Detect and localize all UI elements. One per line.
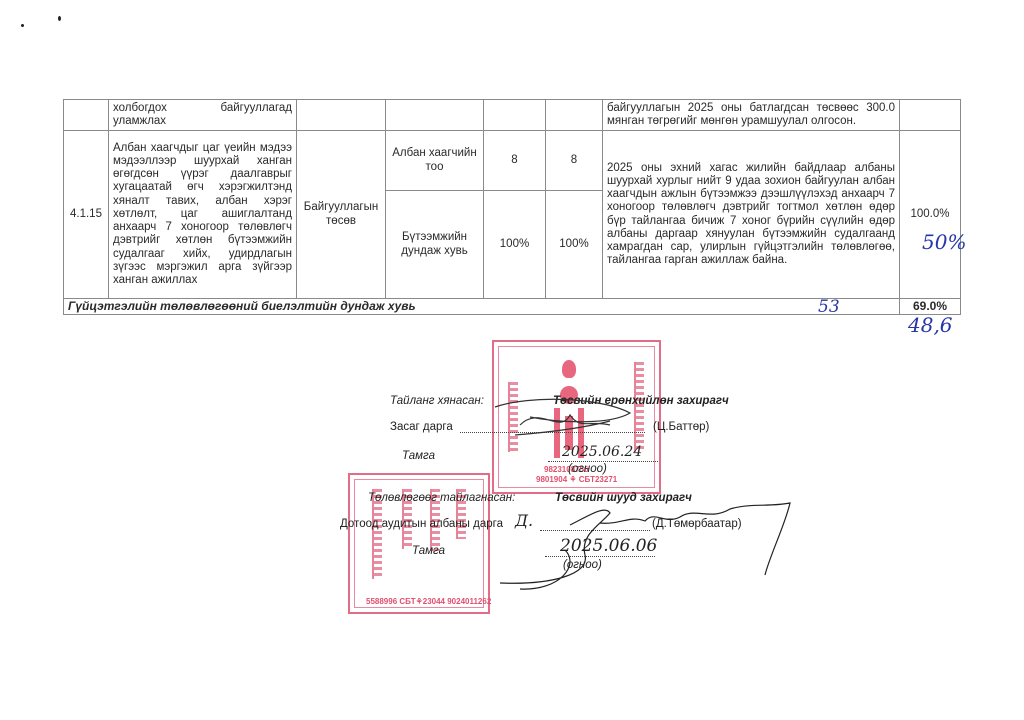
signature-scribble-reviewed [490,395,640,445]
cell-target [484,100,546,131]
scan-speck [21,24,24,27]
reviewed-date-handwritten: 2025.06.24 [562,444,642,460]
cell-number: 4.1.15 [64,131,109,299]
date-line [545,556,655,557]
reviewed-date-label: (огноо) [568,463,607,475]
cell-indicator: Бүтээмжийн дундаж хувь [386,191,484,299]
cell-task: Албан хаагчдыг цаг үеийн мэдээ мэдээллээ… [109,131,297,299]
prepared-date-label: (огноо) [563,559,602,571]
cell-indicator [386,100,484,131]
reviewed-seal-label: Тамга [402,450,435,462]
handwritten-53: 53 [818,297,840,317]
handwritten-48-6: 48,6 [908,313,953,337]
stamp-code: 5588996 СБТ⚘23044 9024011262 [366,597,491,606]
prepared-seal-label: Тамга [412,545,445,557]
cell-target: 8 [484,131,546,191]
scan-speck [58,16,61,21]
cell-actual [546,100,603,131]
reviewed-name: (Ц.Баттөр) [653,421,709,433]
reviewed-position: Засаг дарга [390,421,453,433]
reviewed-label: Тайланг хянасан: [390,395,484,407]
cell-responsible [297,100,386,131]
cell-result: байгууллагын 2025 оны батлагдсан төсвөөс… [603,100,900,131]
date-line [548,461,658,462]
table-row-previous: холбогдох байгууллагад уламжлах байгуулл… [64,100,961,131]
cell-task: холбогдох байгууллагад уламжлах [109,100,297,131]
performance-table: холбогдох байгууллагад уламжлах байгуулл… [63,99,961,315]
cell-target: 100% [484,191,546,299]
stamp-code: 9801904 ⚘ СБТ23271 [536,475,617,484]
cell-percent: 100.0% [900,131,961,299]
prepared-date-handwritten: 2025.06.06 [560,536,657,556]
cell-percent [900,100,961,131]
handwritten-percent: 50% [922,230,966,254]
table-row-4-1-15: 4.1.15 Албан хаагчдыг цаг үеийн мэдээ мэ… [64,131,961,191]
cell-actual: 8 [546,131,603,191]
cell-result: 2025 оны эхний хагас жилийн байдлаар алб… [603,131,900,299]
cell-responsible: Байгууллагын төсөв [297,131,386,299]
cell-actual: 100% [546,191,603,299]
cell-indicator: Албан хаагчийн тоо [386,131,484,191]
cell-number [64,100,109,131]
total-label: Гүйцэтгэлийн төлөвлөгөөний биелэлтийн ду… [64,299,900,315]
